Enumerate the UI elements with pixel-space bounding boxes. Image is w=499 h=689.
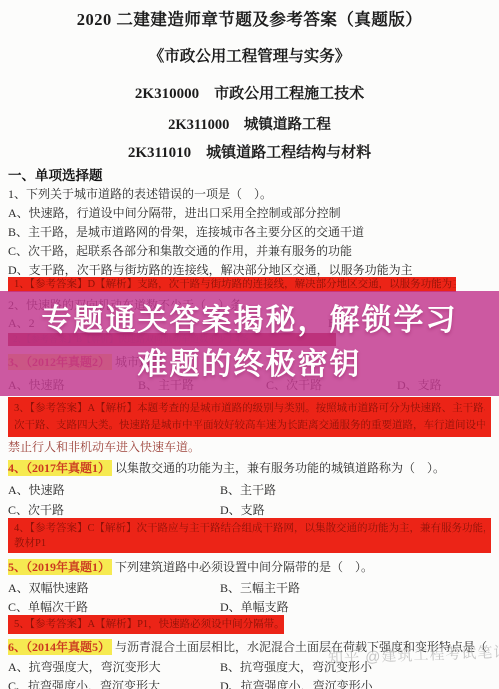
q4-option-b: B、主干路 — [220, 483, 276, 497]
section-heading: 一、单项选择题 — [8, 167, 491, 185]
q3-answer-line2: 次干路、支路四大类。快速路是城市中平面较好较高车速为长距离交通服务的重要道路，车… — [14, 417, 485, 434]
q1-answer-highlight: 1、【参考答案】D【解析】支路，次干路与街坊路的连接线，解决部分地区交通，以服务… — [8, 277, 456, 292]
q3-answer-overflow: 禁止行人和非机动车进入快速车道。 — [8, 439, 491, 456]
chapter-code-2: 2K311000 城镇道路工程 — [8, 115, 491, 135]
q3-answer-highlight: 3、【参考答案】A【解析】本题考查的是城市道路的级别与类别。按照城市道路可分为快… — [8, 397, 491, 437]
q5-year-tag: 5、（2019年真题1） — [8, 559, 112, 575]
q5-options-row1: A、双幅快速路 B、三幅主干路 — [8, 579, 491, 598]
q5-option-d: D、单幅支路 — [220, 600, 289, 614]
q4-option-a: A、快速路 — [8, 481, 217, 500]
q5-stem: 5、（2019年真题1） 下列建筑道路中必须设置中间分隔带的是（ ）。 — [8, 558, 491, 577]
q4-year-tag: 4、（2017年真题1） — [8, 460, 112, 476]
q4-options-row1: A、快速路 B、主干路 — [8, 481, 491, 500]
q1-stem: 1、下列关于城市道路的表述错误的一项是（ ）。 — [8, 185, 491, 204]
q4-answer-line1: 4、【参考答案】C【解析】次干路应与主干路结合组成干路网，以集散交通的功能为主，… — [14, 521, 485, 537]
q4-answer-line2: 教材P1 — [14, 537, 485, 551]
q1-option-a: A、快速路，行道设中间分隔带，进出口采用全控制或部分控制 — [8, 204, 491, 223]
q6-year-tag: 6、（2014年真题5） — [8, 639, 112, 655]
chapter-code-1: 2K310000 市政公用工程施工技术 — [8, 84, 491, 105]
q6-options-row2: C、抗弯强度小，弯沉变形大 D、抗弯强度小，弯沉变形小 — [8, 677, 491, 689]
q1-option-c: C、次干路，起联系各部分和集散交通的作用，并兼有服务的功能 — [8, 242, 491, 261]
q4-option-c: C、次干路 — [8, 503, 217, 518]
q4-option-d: D、支路 — [220, 503, 265, 517]
q4-options-row2: C、次干路 D、支路 — [8, 503, 491, 518]
promo-text-line1: 专题通关答案揭秘，解锁学习 — [0, 299, 499, 343]
q5-options-row2: C、单幅次干路 D、单幅支路 — [8, 600, 491, 615]
q6-option-c: C、抗弯强度小，弯沉变形大 — [8, 677, 217, 689]
document-title: 2020 二建建造师章节题及参考答案（真题版） — [8, 8, 491, 32]
promo-text-line2: 难题的终极密钥 — [0, 343, 499, 387]
q5-option-b: B、三幅主干路 — [220, 581, 300, 595]
chapter-code-3: 2K311010 城镇道路工程结构与材料 — [8, 143, 491, 164]
q4-stem-text: 以集散交通的功能为主，兼有服务功能的城镇道路称为（ ）。 — [115, 461, 445, 475]
q1-option-b: B、主干路，是城市道路网的骨架，连接城市各主要分区的交通干道 — [8, 223, 491, 242]
promo-overlay-banner: 专题通关答案揭秘，解锁学习 难题的终极密钥 — [0, 291, 499, 396]
document-subtitle: 《市政公用工程管理与实务》 — [8, 46, 491, 68]
q6-option-d: D、抗弯强度小，弯沉变形小 — [220, 679, 373, 689]
document-page: 2020 二建建造师章节题及参考答案（真题版） 《市政公用工程管理与实务》 2K… — [0, 0, 499, 689]
q3-answer-line1: 3、【参考答案】A【解析】本题考查的是城市道路的级别与类别。按照城市道路可分为快… — [14, 400, 485, 417]
q5-option-c: C、单幅次干路 — [8, 600, 217, 615]
q6-option-a: A、抗弯强度大，弯沉变形大 — [8, 658, 217, 676]
q5-answer-highlight: 5、【参考答案】A【解析】P1，快速路必须设中间分隔带。 — [8, 615, 284, 634]
q5-option-a: A、双幅快速路 — [8, 579, 217, 598]
q5-stem-text: 下列建筑道路中必须设置中间分隔带的是（ ）。 — [115, 560, 373, 574]
q4-answer-highlight: 4、【参考答案】C【解析】次干路应与主干路结合组成干路网，以集散交通的功能为主，… — [8, 518, 491, 553]
q4-stem: 4、（2017年真题1） 以集散交通的功能为主，兼有服务功能的城镇道路称为（ ）… — [8, 459, 491, 478]
